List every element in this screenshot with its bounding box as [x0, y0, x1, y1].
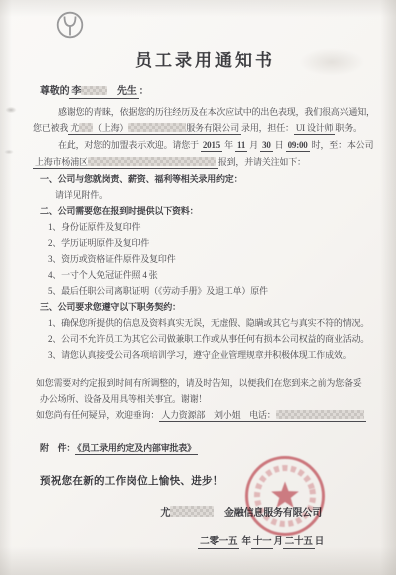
signature-company-line: 尤 金融信息服务有限公司	[40, 506, 370, 522]
document-title: 员工录用通知书	[40, 46, 370, 71]
date-year-unit: 年	[242, 537, 251, 547]
company-name-prefix: 尤	[70, 123, 79, 133]
well-wish-line: 预祝您在新的工作岗位上愉快、进步！	[40, 474, 370, 490]
list-item: 2、公司不允许员工为其它公司做兼职工作或从事任何有损本公司权益的商业活动。	[40, 331, 370, 347]
company-name-blank: 尤（上海）服务有限公司	[68, 123, 241, 135]
letter-content: 员工录用通知书 尊敬的李 先生： 感谢您的青睐，依据您的历往经历及在本次应试中的…	[0, 0, 396, 550]
report-day-unit: 日	[275, 140, 284, 150]
list-item: 4、一寸个人免冠证件照 4 张	[40, 267, 370, 283]
closing-line3-prefix: 如您尚有任何疑异，欢迎垂询：	[36, 410, 159, 420]
position-blank: UI 设计师	[294, 123, 336, 135]
company-logo-icon	[55, 10, 85, 40]
redacted-company-mosaic-2	[128, 123, 186, 132]
intro-line-1: 感谢您的青睐，依据您的历往经历及在本次应试中的出色表现，我们很高兴通知，	[40, 104, 370, 120]
section-one-heading: 一、公司与您就岗责、薪资、福利等相关录用约定：	[40, 171, 370, 187]
redacted-signature-mosaic	[170, 506, 214, 517]
salutation-colon: ：	[139, 86, 149, 97]
redacted-phone-mosaic	[276, 410, 364, 419]
list-item: 1、身份证原件及复印件	[40, 219, 370, 235]
salutation-prefix: 尊敬的	[40, 86, 69, 97]
recipient-honorific: 先生	[117, 86, 137, 97]
contact-blank: 人力资源部 刘小姐 电话：	[159, 410, 365, 422]
section-one-body: 请详见附件。	[40, 187, 370, 203]
closing-line-1: 如您需要对约定报到时间有所调整的，请及时告知，以便我们在您到来之前为您备妥	[36, 375, 370, 391]
section-three-heading: 三、公司要求您遵守以下职务契约：	[40, 299, 370, 315]
report-line-1: 在此，对您的加盟表示欢迎。请您于 2015 年 11 月 30 日 09:00 …	[40, 137, 370, 154]
duty-clauses-list: 1、确保您所提供的信息及资料真实无误，无虚假、隐瞒或其它与真实不符的情况。 2、…	[40, 315, 370, 363]
redacted-name-mosaic	[81, 86, 107, 95]
report-address-blank: 上海市杨浦区	[33, 157, 218, 169]
attachment-line: 附 件：《员工录用约定及内部审批表》	[40, 440, 370, 456]
report-prefix: 在此，对您的加盟表示欢迎。请您于	[58, 140, 199, 150]
closing-line-3: 如您尚有任何疑异，欢迎垂询：人力资源部 刘小姐 电话：	[36, 407, 370, 424]
report-day: 30	[260, 140, 273, 152]
attachment-label: 附 件：	[40, 443, 75, 453]
contact-info: 人力资源部 刘小姐 电话：	[161, 410, 275, 420]
intro-line2-prefix: 您已被我	[33, 123, 68, 133]
report-post: 报到，并请关注如下：	[218, 157, 306, 167]
recipient-name-blank: 李 先生	[69, 86, 138, 99]
report-month: 11	[235, 140, 247, 152]
signature-date-line: 二零一五 年十一月二十五日	[40, 534, 370, 550]
report-time-unit: 时，至：本公司	[312, 140, 374, 150]
company-name-city: （上海）	[93, 123, 128, 133]
list-item: 3、请您认真接受公司各项培训学习，遵守企业管理规章并积极体现工作成效。	[40, 347, 370, 363]
closing-paragraph: 如您需要对约定报到时间有所调整的，请及时告知，以便我们在您到来之前为您备妥 办公…	[40, 375, 370, 424]
date-day: 二十五	[283, 537, 315, 549]
report-paragraph: 在此，对您的加盟表示欢迎。请您于 2015 年 11 月 30 日 09:00 …	[40, 137, 370, 171]
date-day-unit: 日	[315, 537, 324, 547]
section-two-heading: 二、公司需要您在报到时提供以下资料：	[40, 203, 370, 219]
list-item: 5、最后任职公司离职证明（《劳动手册》及退工单）原件	[40, 283, 370, 299]
report-month-unit: 月	[249, 140, 258, 150]
list-item: 2、学历证明原件及复印件	[40, 235, 370, 251]
list-item: 3、资历或资格证件原件及复印件	[40, 251, 370, 267]
recipient-surname: 李	[71, 86, 81, 97]
signature-company-name: 金融信息服务有限公司	[224, 508, 322, 519]
date-month-unit: 月	[273, 537, 282, 547]
intro-paragraph: 感谢您的青睐，依据您的历往经历及在本次应试中的出色表现，我们很高兴通知， 您已被…	[40, 104, 370, 137]
scanned-offer-letter: 员工录用通知书 尊敬的李 先生： 感谢您的青睐，依据您的历往经历及在本次应试中的…	[0, 0, 396, 575]
attachment-title: 《员工录用约定及内部审批表》	[75, 443, 198, 455]
report-year-unit: 年	[224, 140, 233, 150]
closing-line-2: 办公场所、设备及用具等相关事宜。谢谢！	[40, 391, 370, 407]
section-one: 一、公司与您就岗责、薪资、福利等相关录用约定： 请详见附件。	[40, 171, 370, 203]
required-documents-list: 1、身份证原件及复印件 2、学历证明原件及复印件 3、资历或资格证件原件及复印件…	[40, 219, 370, 299]
redacted-company-mosaic-1	[79, 123, 93, 132]
company-name-suffix: 服务有限公司	[186, 123, 239, 133]
signature-company-prefix: 尤	[160, 508, 170, 519]
section-three: 三、公司要求您遵守以下职务契约： 1、确保您所提供的信息及资料真实无误，无虚假、…	[40, 299, 370, 363]
salutation-line: 尊敬的李 先生：	[40, 84, 370, 99]
redacted-address-mosaic	[88, 157, 216, 166]
intro-line2-end: 职务。	[335, 123, 361, 133]
report-year: 2015	[201, 140, 222, 152]
date-year: 二零一五	[198, 537, 239, 549]
report-line-2: 上海市杨浦区报到，并请关注如下：	[33, 154, 370, 171]
report-address: 上海市杨浦区	[35, 157, 88, 167]
report-time: 09:00	[286, 140, 310, 152]
list-item: 1、确保您所提供的信息及资料真实无误，无虚假、隐瞒或其它与真实不符的情况。	[40, 315, 370, 331]
intro-line-2: 您已被我尤（上海）服务有限公司录用，担任：UI 设计师职务。	[33, 120, 370, 137]
intro-line2-mid: 录用，担任：	[241, 123, 294, 133]
section-two: 二、公司需要您在报到时提供以下资料： 1、身份证原件及复印件 2、学历证明原件及…	[40, 203, 370, 299]
date-month: 十一	[251, 537, 274, 549]
